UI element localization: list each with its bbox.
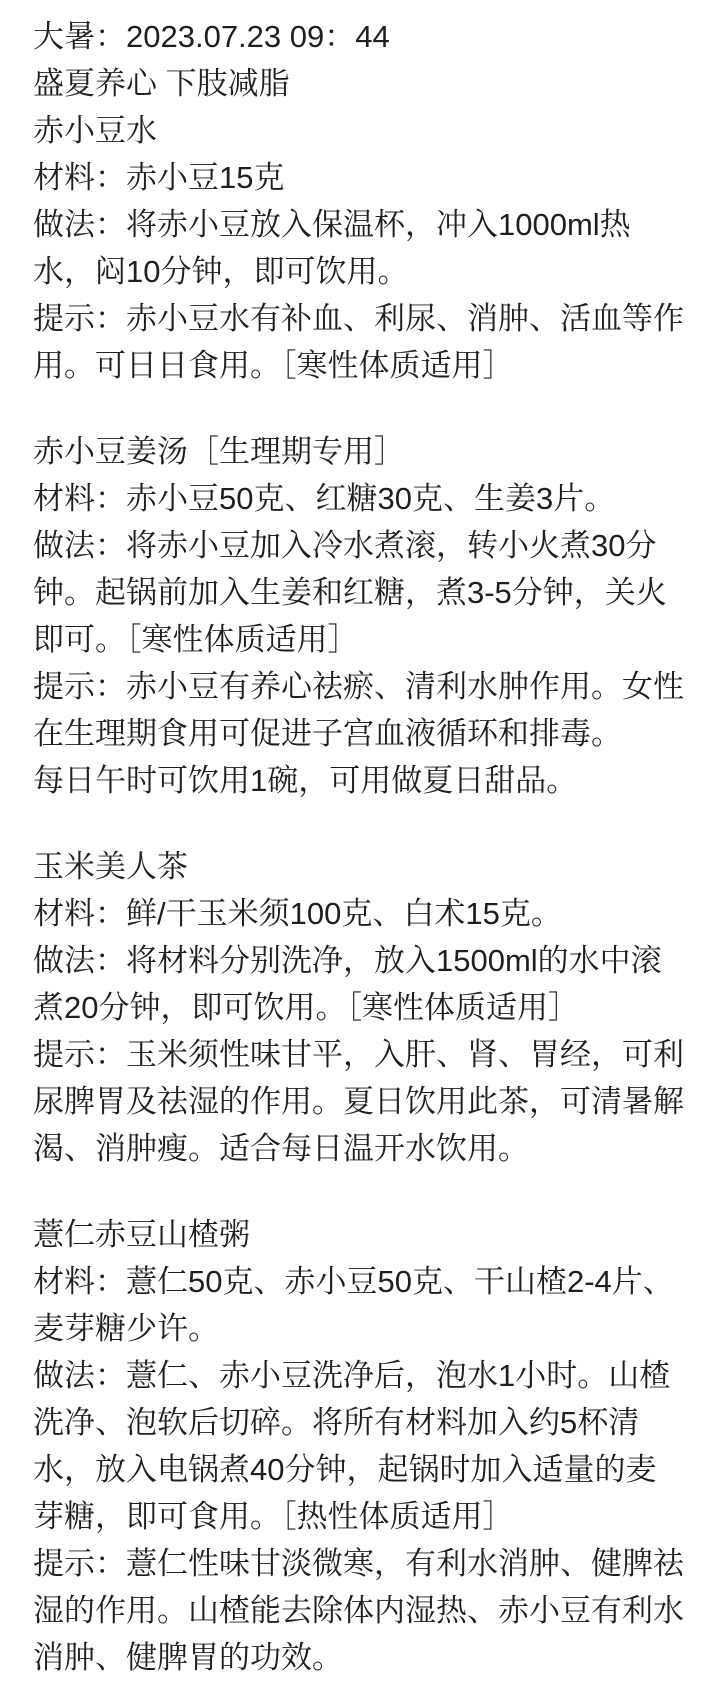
recipe-title: 赤小豆姜汤［生理期专用］: [33, 428, 684, 475]
recipe-section-yiren-chidou-hawthorn-porridge: 薏仁赤豆山楂粥 材料：薏仁50克、赤小豆50克、干山楂2-4片、麦芽糖少许。 做…: [33, 1211, 684, 1681]
recipe-method: 做法：将赤小豆加入冷水煮滚，转小火煮30分钟。起锅前加入生姜和红糖，煮3-5分钟…: [33, 522, 684, 663]
recipe-method: 做法：将赤小豆放入保温杯，冲入1000ml热水，闷10分钟，即可饮用。: [33, 201, 684, 295]
recipe-tip: 提示：薏仁性味甘淡微寒，有利水消肿、健脾祛湿的作用。山楂能去除体内湿热、赤小豆有…: [33, 1540, 684, 1681]
recipe-section-corn-beauty-tea: 玉米美人茶 材料：鲜/干玉米须100克、白术15克。 做法：将材料分别洗净，放入…: [33, 843, 684, 1172]
recipe-title: 赤小豆水: [33, 107, 684, 154]
recipe-materials: 材料：鲜/干玉米须100克、白术15克。: [33, 890, 684, 937]
recipe-title: 薏仁赤豆山楂粥: [33, 1211, 684, 1258]
recipe-materials: 材料：赤小豆15克: [33, 154, 684, 201]
recipe-section-chixiaodou-ginger-soup: 赤小豆姜汤［生理期专用］ 材料：赤小豆50克、红糖30克、生姜3片。 做法：将赤…: [33, 428, 684, 804]
recipe-materials: 材料：赤小豆50克、红糖30克、生姜3片。: [33, 475, 684, 522]
document-subtitle: 盛夏养心 下肢减脂: [33, 60, 684, 107]
recipe-materials: 材料：薏仁50克、赤小豆50克、干山楂2-4片、麦芽糖少许。: [33, 1258, 684, 1352]
recipe-note: 每日午时可饮用1碗，可用做夏日甜品。: [33, 757, 684, 804]
recipe-method: 做法：将材料分别洗净，放入1500ml的水中滚煮20分钟，即可饮用。［寒性体质适…: [33, 937, 684, 1031]
recipe-title: 玉米美人茶: [33, 843, 684, 890]
document-header: 大暑：2023.07.23 09：44 盛夏养心 下肢减脂: [33, 13, 684, 107]
recipe-method: 做法：薏仁、赤小豆洗净后，泡水1小时。山楂洗净、泡软后切碎。将所有材料加入约5杯…: [33, 1352, 684, 1540]
recipe-tip: 提示：赤小豆有养心祛瘀、清利水肿作用。女性在生理期食用可促进子宫血液循环和排毒。: [33, 663, 684, 757]
recipe-tip: 提示：赤小豆水有补血、利尿、消肿、活血等作用。可日日食用。［寒性体质适用］: [33, 295, 684, 389]
recipe-document: 大暑：2023.07.23 09：44 盛夏养心 下肢减脂 赤小豆水 材料：赤小…: [0, 0, 720, 1681]
date-line: 大暑：2023.07.23 09：44: [33, 13, 684, 60]
recipe-section-chixiaodou-water: 赤小豆水 材料：赤小豆15克 做法：将赤小豆放入保温杯，冲入1000ml热水，闷…: [33, 107, 684, 389]
recipe-tip: 提示：玉米须性味甘平，入肝、肾、胃经，可利尿脾胃及祛湿的作用。夏日饮用此茶，可清…: [33, 1031, 684, 1172]
